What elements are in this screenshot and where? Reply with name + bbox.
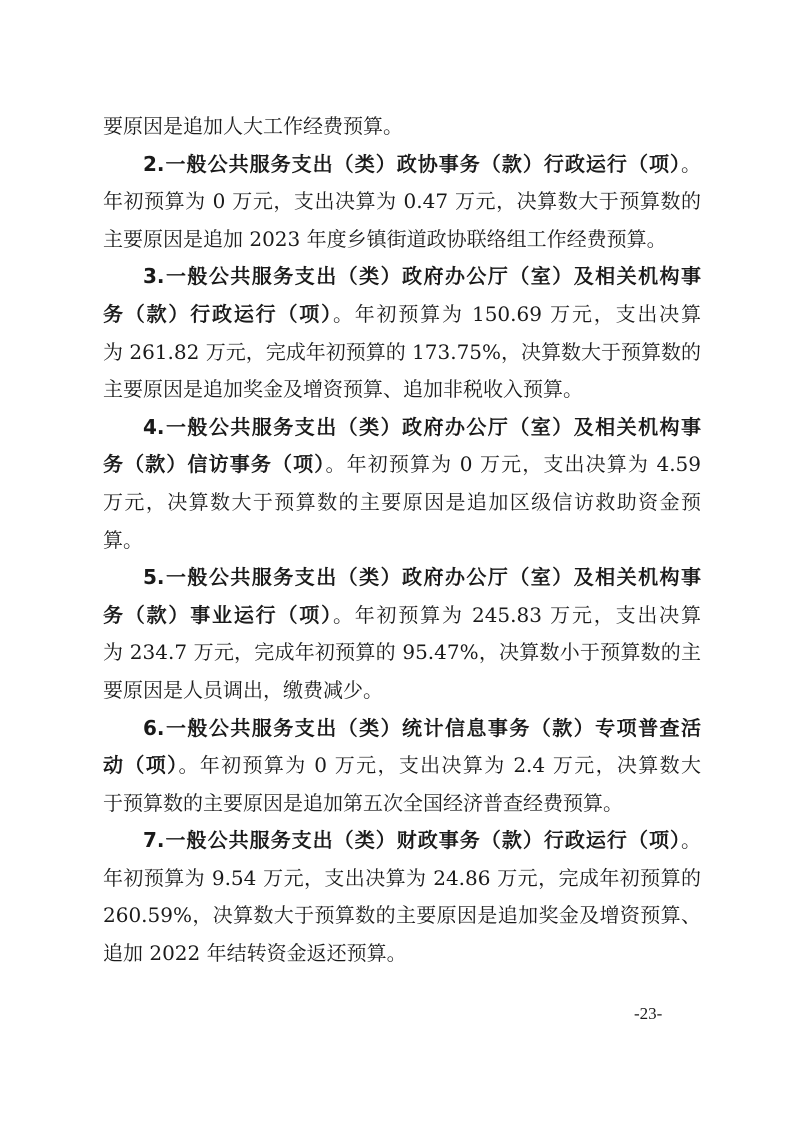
text-line: 7.一般公共服务支出（类）财政事务（款）行政运行（项）。: [103, 822, 701, 860]
text-line: 追加 2022 年结转资金返还预算。: [103, 935, 701, 973]
text-line: 主要原因是追加奖金及增资预算、追加非税收入预算。: [103, 371, 701, 409]
body-text: 主要原因是追加 2023 年度乡镇街道政协联络组工作经费预算。: [103, 227, 667, 251]
body-text: 年初预算为 9.54 万元，支出决算为 24.86 万元，完成年初预算的: [103, 866, 701, 890]
text-line: 务（款）事业运行（项）。年初预算为 245.83 万元，支出决算: [103, 597, 701, 635]
body-text: 算。: [103, 528, 143, 552]
item-heading: 3.一般公共服务支出（类）政府办公厅（室）及相关机构事: [143, 264, 701, 288]
text-line: 年初预算为 0 万元，支出决算为 0.47 万元，决算数大于预算数的: [103, 183, 701, 221]
page-number: -23-: [634, 1004, 662, 1024]
text-line: 260.59%，决算数大于预算数的主要原因是追加奖金及增资预算、: [103, 897, 701, 935]
text-line: 为 234.7 万元，完成年初预算的 95.47%，决算数小于预算数的主: [103, 634, 701, 672]
item-heading: 5.一般公共服务支出（类）政府办公厅（室）及相关机构事: [143, 565, 701, 589]
body-text: 要原因是追加人大工作经费预算。: [103, 114, 403, 138]
text-line: 动（项）。年初预算为 0 万元，支出决算为 2.4 万元，决算数大: [103, 747, 701, 785]
text-line: 要原因是追加人大工作经费预算。: [103, 108, 701, 146]
text-line: 2.一般公共服务支出（类）政协事务（款）行政运行（项）。: [103, 146, 701, 184]
text-line: 3.一般公共服务支出（类）政府办公厅（室）及相关机构事: [103, 258, 701, 296]
document-body: 要原因是追加人大工作经费预算。2.一般公共服务支出（类）政协事务（款）行政运行（…: [103, 108, 701, 973]
body-text: 260.59%，决算数大于预算数的主要原因是追加奖金及增资预算、: [103, 903, 701, 927]
text-line: 4.一般公共服务支出（类）政府办公厅（室）及相关机构事: [103, 409, 701, 447]
body-text: 年初预算为 0 万元，支出决算为 0.47 万元，决算数大于预算数的: [103, 189, 701, 213]
text-line: 为 261.82 万元，完成年初预算的 173.75%，决算数大于预算数的: [103, 334, 701, 372]
text-line: 于预算数的主要原因是追加第五次全国经济普查经费预算。: [103, 785, 701, 823]
text-line: 要原因是人员调出，缴费减少。: [103, 672, 701, 710]
text-line: 务（款）行政运行（项）。年初预算为 150.69 万元，支出决算: [103, 296, 701, 334]
body-text: 。年初预算为 245.83 万元，支出决算: [333, 603, 701, 627]
item-heading: 7.一般公共服务支出（类）财政事务（款）行政运行（项）: [143, 828, 681, 852]
item-heading: 务（款）事业运行（项）: [103, 603, 333, 627]
text-line: 万元，决算数大于预算数的主要原因是追加区级信访救助资金预: [103, 484, 701, 522]
item-heading: 4.一般公共服务支出（类）政府办公厅（室）及相关机构事: [143, 415, 701, 439]
item-heading: 6.一般公共服务支出（类）统计信息事务（款）专项普查活: [143, 716, 701, 740]
body-text: 要原因是人员调出，缴费减少。: [103, 678, 383, 702]
body-text: 为 261.82 万元，完成年初预算的 173.75%，决算数大于预算数的: [103, 340, 701, 364]
item-heading: 2.一般公共服务支出（类）政协事务（款）行政运行（项）: [143, 152, 681, 176]
body-text: 于预算数的主要原因是追加第五次全国经济普查经费预算。: [103, 791, 623, 815]
body-text: 主要原因是追加奖金及增资预算、追加非税收入预算。: [103, 377, 583, 401]
text-line: 主要原因是追加 2023 年度乡镇街道政协联络组工作经费预算。: [103, 221, 701, 259]
text-line: 年初预算为 9.54 万元，支出决算为 24.86 万元，完成年初预算的: [103, 860, 701, 898]
item-heading: 动（项）: [103, 753, 178, 777]
body-text: 。年初预算为 150.69 万元，支出决算: [333, 302, 701, 326]
text-line: 算。: [103, 522, 701, 560]
body-text: 。年初预算为 0 万元，支出决算为 4.59: [325, 452, 701, 476]
item-heading: 务（款）行政运行（项）: [103, 302, 333, 326]
body-text: 。年初预算为 0 万元，支出决算为 2.4 万元，决算数大: [178, 753, 701, 777]
text-line: 务（款）信访事务（项）。年初预算为 0 万元，支出决算为 4.59: [103, 446, 701, 484]
body-text: 万元，决算数大于预算数的主要原因是追加区级信访救助资金预: [103, 490, 701, 514]
body-text: 。: [681, 152, 701, 176]
body-text: 。: [681, 828, 701, 852]
body-text: 为 234.7 万元，完成年初预算的 95.47%，决算数小于预算数的主: [103, 640, 701, 664]
text-line: 6.一般公共服务支出（类）统计信息事务（款）专项普查活: [103, 710, 701, 748]
body-text: 追加 2022 年结转资金返还预算。: [103, 941, 407, 965]
item-heading: 务（款）信访事务（项）: [103, 452, 325, 476]
text-line: 5.一般公共服务支出（类）政府办公厅（室）及相关机构事: [103, 559, 701, 597]
